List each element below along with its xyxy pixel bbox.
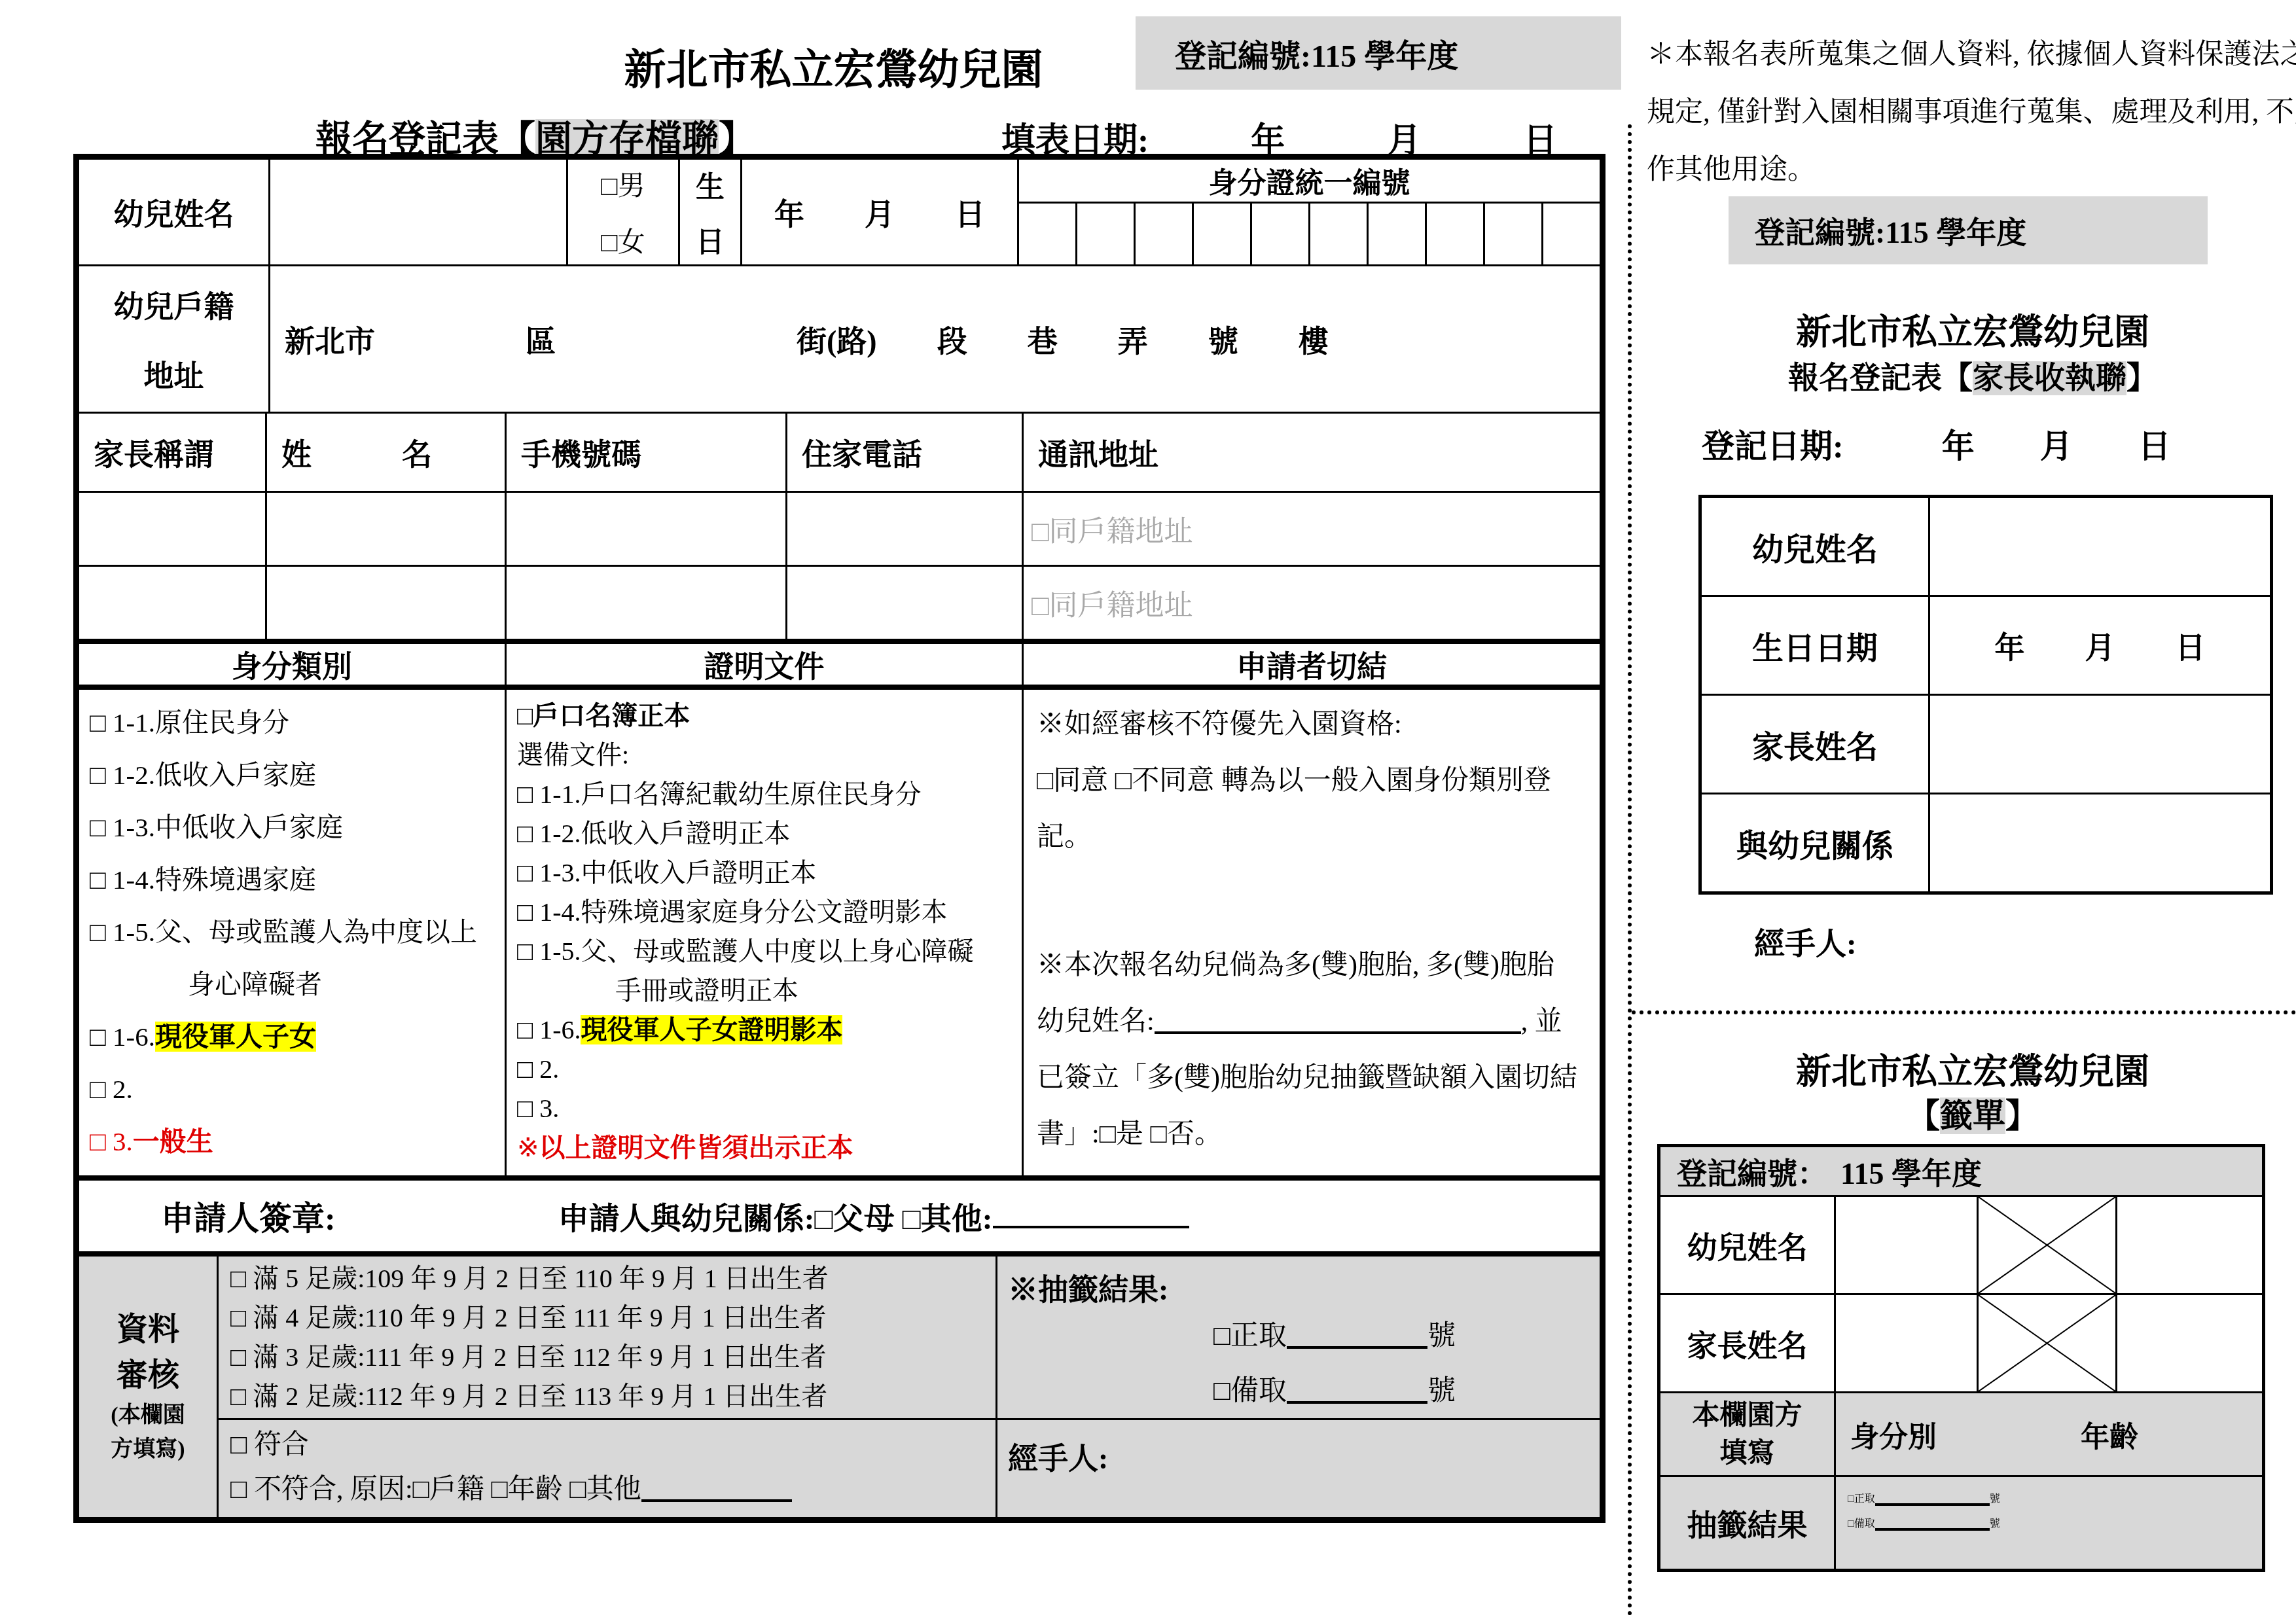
receipt-row-relation: 與幼兒關係 — [1702, 794, 2270, 891]
checkbox[interactable]: □ 1-4. — [517, 897, 581, 927]
blank-underline[interactable] — [1287, 1324, 1427, 1349]
horizontal-cut-line — [1632, 1010, 2296, 1014]
form-line[interactable]: □ 1-5.父、母或監護人中度以上身心障礙 — [517, 932, 1022, 971]
form-line[interactable]: □ 1-5.父、母或監護人為中度以上 — [90, 906, 505, 958]
spacer — [1037, 865, 1600, 937]
gender-cell[interactable]: □男 □女 — [568, 160, 680, 264]
mobile-header-label: 手機號碼 — [521, 431, 641, 474]
blank-underline[interactable] — [1287, 1379, 1427, 1404]
applicant-relation-line[interactable]: 申請人與幼兒關係:□父母 □其他: — [558, 1194, 993, 1238]
form-line[interactable]: □ 滿 4 足歲:110 年 9 月 2 日至 111 年 9 月 1 日出生者 — [230, 1298, 996, 1338]
receipt-row-child: 幼兒姓名 — [1702, 498, 2270, 597]
id-digit-box[interactable] — [1427, 204, 1485, 264]
child-name-input-cell[interactable] — [270, 160, 568, 264]
birthday-ymd-cell[interactable]: 年 月 日 — [742, 160, 1019, 264]
eligibility-checklist: □ 符合□ 不符合, 原因:□戶籍 □年齡 □其他 — [219, 1420, 996, 1517]
documents-header-cell: 證明文件 — [507, 644, 1024, 685]
receipt-row-birth: 生日日期 年 月 日 — [1702, 597, 2270, 696]
form-line[interactable]: □ 滿 2 足歲:112 年 9 月 2 日至 113 年 9 月 1 日出生者 — [230, 1377, 996, 1416]
registration-number-box: 登記編號:115 學年度 — [1136, 16, 1621, 90]
same-address-checkbox-1[interactable]: □同戶籍地址 — [1031, 508, 1193, 550]
contact-address-header-cell: 通訊地址 — [1024, 414, 1600, 491]
receipt-copy-tag: 家長收執聯 — [1973, 361, 2126, 395]
id-digit-box[interactable] — [1485, 204, 1543, 264]
item-suffix: 號 — [1427, 1321, 1456, 1351]
slip-parent-extra-cell — [2117, 1295, 2262, 1391]
receipt-subtitle: 報名登記表【家長收執聯】 — [1649, 353, 2296, 397]
handler-label[interactable]: 經手人: — [997, 1420, 1600, 1478]
slip-school-label-1: 本欄園方 — [1692, 1397, 1802, 1435]
form-line[interactable]: □ 1-1.戶口名簿紀載幼生原住民身分 — [517, 775, 1022, 814]
form-line: ※本次報名幼兒倘為多(雙)胞胎, 多(雙)胞胎 — [1037, 937, 1600, 993]
checkbox[interactable]: □ 1-6. — [90, 1022, 155, 1052]
review-label-cell: 資料 審核 (本欄園 方填寫) — [79, 1257, 219, 1517]
parent-row-2: □同戶籍地址 — [79, 567, 1600, 644]
address-row: 幼兒戶籍 地址 新北市 區 街(路) 段 巷 弄 號 樓 — [79, 266, 1600, 414]
form-line[interactable]: □ 1-6.現役軍人子女證明影本 — [517, 1010, 1022, 1050]
form-line[interactable]: □備取號 — [997, 1364, 1600, 1419]
slip-parent-value-cell[interactable] — [1836, 1295, 1979, 1391]
slip-lottery-options: □正取號□備取號 — [1836, 1477, 2262, 1569]
form-line[interactable]: □ 滿 3 足歲:111 年 9 月 2 日至 112 年 9 月 1 日出生者 — [230, 1338, 996, 1377]
slip-identity-age-cell[interactable]: 身分別 年齡 — [1836, 1393, 2262, 1475]
receipt-subtitle-suffix: 】 — [2126, 361, 2157, 395]
address-label-cell: 幼兒戶籍 地址 — [79, 266, 270, 412]
receipt-parent-value[interactable] — [1930, 696, 2270, 793]
age-checklist: □ 滿 5 足歲:109 年 9 月 2 日至 110 年 9 月 1 日出生者… — [219, 1257, 996, 1420]
registration-form-page: 新北市私立宏鶯幼兒園 登記編號:115 學年度 報名登記表【園方存檔聯】 填表日… — [0, 0, 2296, 1623]
form-line[interactable]: □ 3. — [517, 1089, 1022, 1128]
item-label: 不符合, 原因:□戶籍 □年齡 □其他 — [254, 1474, 641, 1505]
slip-tag-prefix: 【 — [1907, 1097, 1940, 1134]
main-registration-table: 幼兒姓名 □男 □女 生 日 年 月 日 身分證統一編號 幼兒戶籍 — [73, 154, 1605, 1523]
privacy-note-line-1: ＊本報名表所蒐集之個人資料, 依據個人資料保護法之 — [1647, 26, 2296, 84]
slip-parent-crossed-cell — [1979, 1295, 2117, 1391]
checkbox[interactable]: □ 1-1. — [90, 707, 155, 738]
item-label: 戶口名簿紀載幼生原住民身分 — [581, 779, 921, 809]
item-label: 符合 — [254, 1430, 309, 1460]
form-line[interactable]: □ 1-1.原住民身分 — [90, 696, 505, 749]
cross-out-icon — [1979, 1197, 2115, 1293]
item-label: 一般生 — [133, 1126, 213, 1156]
item-label: 中低收入戶家庭 — [155, 812, 343, 842]
identity-header-cell: 身分類別 — [79, 644, 507, 685]
checkbox[interactable]: □正取 — [1213, 1321, 1287, 1351]
form-line: ※以上證明文件皆須出示正本 — [517, 1128, 1022, 1168]
receipt-registration-number-box: 登記編號:115 學年度 — [1729, 196, 2208, 264]
form-line[interactable]: □戶口名簿正本 — [517, 696, 1022, 736]
form-line: 已簽立「多(雙)胞胎幼兒抽籤暨缺額入園切結 — [1037, 1050, 1600, 1106]
parent2-title-cell[interactable] — [79, 567, 267, 639]
receipt-child-label: 幼兒姓名 — [1702, 498, 1930, 595]
parent-header-row: 家長稱謂 姓 名 手機號碼 住家電話 通訊地址 — [79, 414, 1600, 493]
checkbox[interactable]: □ 1-2. — [517, 819, 581, 848]
id-number-header: 身分證統一編號 — [1019, 160, 1600, 204]
checkbox[interactable]: □ 1-5. — [517, 936, 581, 966]
receipt-relation-label: 與幼兒關係 — [1702, 794, 1930, 891]
item-label: 滿 3 足歲:111 年 9 月 2 日至 112 年 9 月 1 日出生者 — [253, 1342, 827, 1372]
item-label: 手冊或證明正本 — [615, 976, 798, 1005]
vertical-cut-line — [1628, 124, 1632, 1616]
id-digit-box[interactable] — [1369, 204, 1427, 264]
slip-lottery-label: 抽籤結果 — [1687, 1501, 1808, 1544]
checkbox[interactable]: □ 1-4. — [90, 865, 155, 895]
checkbox[interactable]: □ — [230, 1474, 254, 1505]
review-section: 資料 審核 (本欄園 方填寫) □ 滿 5 足歲:109 年 9 月 2 日至 … — [79, 1257, 1600, 1517]
review-label-1: 資料 — [117, 1307, 179, 1353]
id-digit-box[interactable] — [1310, 204, 1369, 264]
section-header-row: 身分類別 證明文件 申請者切結 — [79, 644, 1600, 690]
documents-header: 證明文件 — [704, 643, 825, 686]
slip-identity-age-label: 身分別 年齡 — [1850, 1414, 2138, 1455]
slip-tag-suffix: 】 — [2005, 1097, 2038, 1134]
item-label: 如經審核不符優先入園資格: — [1064, 709, 1402, 740]
review-right-cell: ※抽籤結果: □正取號□備取號 經手人: — [997, 1257, 1600, 1517]
checkbox[interactable]: □ — [230, 1382, 253, 1411]
item-label: 特殊境遇家庭 — [155, 865, 316, 895]
item-prefix: ※ — [1037, 950, 1064, 980]
item-label: 選備文件: — [517, 740, 629, 770]
lottery-result-block: ※抽籤結果: □正取號□備取號 — [997, 1257, 1600, 1420]
review-middle-cell: □ 滿 5 足歲:109 年 9 月 2 日至 110 年 9 月 1 日出生者… — [219, 1257, 997, 1517]
contact-address-header-label: 通訊地址 — [1038, 431, 1158, 474]
privacy-note: ＊本報名表所蒐集之個人資料, 依據個人資料保護法之 規定, 僅針對入園相關事項進… — [1647, 26, 2296, 199]
birthday-label-1: 生 — [696, 164, 725, 205]
form-line[interactable]: □ 1-3.中低收入戶家庭 — [90, 801, 505, 853]
checkbox[interactable]: □ 1-3. — [90, 812, 155, 842]
parent2-name-cell[interactable] — [267, 567, 507, 639]
address-template: 新北市 區 街(路) 段 巷 弄 號 樓 — [285, 317, 1329, 361]
form-line[interactable]: □備取號 — [1848, 1506, 2262, 1531]
checkbox[interactable]: □ 1-3. — [517, 858, 581, 887]
parent1-homephone-cell[interactable] — [787, 493, 1024, 565]
slip-tag-text: 籤單 — [1940, 1097, 2005, 1134]
name-header-label: 姓 名 — [281, 431, 432, 474]
slip-school-row: 本欄園方 填寫 身分別 年齡 — [1660, 1393, 2262, 1477]
slip-lottery-row: 抽籤結果 □正取號□備取號 — [1660, 1477, 2262, 1569]
form-line: 身心障礙者 — [90, 958, 505, 1010]
slip-child-extra-cell — [2117, 1197, 2262, 1293]
item-suffix: , 並 — [1521, 1007, 1562, 1037]
slip-school-label-cell: 本欄園方 填寫 — [1660, 1393, 1836, 1475]
checklist-row: □ 1-1.原住民身分□ 1-2.低收入戶家庭□ 1-3.中低收入戶家庭□ 1-… — [79, 690, 1600, 1181]
checkbox[interactable]: □ — [230, 1342, 253, 1372]
checkbox[interactable]: □ — [230, 1430, 254, 1460]
checkbox[interactable]: □備取 — [1848, 1518, 1875, 1529]
id-digit-box[interactable] — [1543, 204, 1600, 264]
privacy-note-line-3: 作其他用途。 — [1647, 141, 2296, 199]
lottery-result-options: □正取號□備取號 — [997, 1309, 1600, 1419]
same-address-checkbox-2[interactable]: □同戶籍地址 — [1031, 582, 1193, 624]
item-label: 特殊境遇家庭身分公文證明影本 — [581, 897, 947, 927]
receipt-birth-value[interactable]: 年 月 日 — [1930, 597, 2270, 694]
item-label: 記。 — [1037, 822, 1092, 852]
form-line: 幼兒姓名:, 並 — [1037, 993, 1600, 1050]
parent1-title-cell[interactable] — [79, 493, 267, 565]
slip-school-label-2: 填寫 — [1719, 1435, 1774, 1472]
form-line[interactable]: □ 1-4.特殊境遇家庭 — [90, 853, 505, 906]
slip-table: 登記編號： 115 學年度 幼兒姓名 家長姓名 — [1657, 1144, 2265, 1572]
item-label: 幼兒姓名: — [1037, 1007, 1155, 1037]
form-line[interactable]: 書」:□是 □否。 — [1037, 1106, 1600, 1162]
parent2-mobile-cell[interactable] — [507, 567, 787, 639]
id-number-boxes — [1019, 204, 1600, 264]
slip-child-row: 幼兒姓名 — [1660, 1197, 2262, 1295]
parent-title-cell: 家長稱謂 — [79, 414, 267, 491]
mobile-header-cell: 手機號碼 — [507, 414, 787, 491]
id-digit-box[interactable] — [1194, 204, 1252, 264]
slip-title: 新北市私立宏鶯幼兒園 — [1649, 1044, 2296, 1094]
item-label: 滿 2 足歲:112 年 9 月 2 日至 113 年 9 月 1 日出生者 — [253, 1382, 827, 1411]
parent2-homephone-cell[interactable] — [787, 567, 1024, 639]
review-label-2: 審核 — [117, 1353, 179, 1399]
homephone-header-label: 住家電話 — [802, 431, 922, 474]
privacy-note-line-2: 規定, 僅針對入園相關事項進行蒐集、處理及利用, 不另 — [1647, 84, 2296, 141]
form-line[interactable]: □ 1-2.低收入戶證明正本 — [517, 814, 1022, 853]
item-label: 原住民身分 — [155, 707, 289, 738]
item-label: 身心障礙者 — [188, 969, 322, 999]
receipt-handler-label[interactable]: 經手人: — [1754, 919, 1857, 963]
address-label-1: 幼兒戶籍 — [114, 283, 234, 326]
form-line: ※如經審核不符優先入園資格: — [1037, 696, 1600, 753]
address-label-2: 地址 — [144, 352, 204, 395]
item-label: 已簽立「多(雙)胞胎幼兒抽籤暨缺額入園切結 — [1037, 1063, 1577, 1093]
receipt-table: 幼兒姓名 生日日期 年 月 日 家長姓名 與幼兒關係 — [1698, 495, 2273, 895]
item-label: 以上證明文件皆須出示正本 — [539, 1133, 853, 1162]
applicant-signature-label[interactable]: 申請人簽章: — [161, 1192, 336, 1240]
documents-checklist: □戶口名簿正本選備文件:□ 1-1.戶口名簿紀載幼生原住民身分□ 1-2.低收入… — [507, 690, 1024, 1175]
form-line[interactable]: □正取號 — [1848, 1481, 2262, 1506]
parent1-name-cell[interactable] — [267, 493, 507, 565]
item-label: 書」:□是 □否。 — [1037, 1119, 1222, 1149]
name-header-cell: 姓 名 — [267, 414, 507, 491]
slip-reg-label: 登記編號： — [1677, 1150, 1827, 1193]
parent1-mobile-cell[interactable] — [507, 493, 787, 565]
receipt-relation-value[interactable] — [1930, 794, 2270, 891]
birthday-label-cell: 生 日 — [680, 160, 742, 264]
id-digit-box[interactable] — [1077, 204, 1136, 264]
form-line[interactable]: □ 1-2.低收入戶家庭 — [90, 749, 505, 801]
id-digit-box[interactable] — [1019, 204, 1077, 264]
checkbox[interactable]: □ — [230, 1303, 253, 1332]
relation-other-blank[interactable] — [993, 1204, 1189, 1228]
blank-underline[interactable] — [641, 1477, 792, 1502]
item-label: 低收入戶家庭 — [155, 760, 316, 790]
review-label-3: (本欄園 — [111, 1399, 185, 1433]
item-label: 戶口名簿正本 — [533, 701, 690, 730]
id-digit-box[interactable] — [1136, 204, 1194, 264]
id-number-cell: 身分證統一編號 — [1019, 160, 1600, 264]
registration-number: 登記編號:115 學年度 — [1175, 31, 1458, 76]
form-line: 選備文件: — [517, 736, 1022, 775]
gender-female-checkbox[interactable]: □女 — [601, 221, 645, 260]
item-label: □同意 □不同意 轉為以一般入園身份類別登 — [1037, 766, 1551, 796]
checkbox[interactable]: □ — [517, 701, 533, 730]
receipt-registration-number: 登記編號:115 學年度 — [1755, 209, 2026, 252]
form-line: 手冊或證明正本 — [517, 971, 1022, 1010]
item-label: 滿 5 足歲:109 年 9 月 2 日至 110 年 9 月 1 日出生者 — [253, 1264, 829, 1293]
checkbox[interactable]: □ 2. — [90, 1074, 133, 1104]
slip-child-value-cell[interactable] — [1836, 1197, 1979, 1293]
child-name-label-cell: 幼兒姓名 — [79, 160, 270, 264]
checkbox[interactable]: □ 3. — [90, 1126, 133, 1156]
handler-block: 經手人: — [997, 1420, 1600, 1517]
item-prefix: ※ — [517, 1133, 539, 1162]
parent-title-label: 家長稱謂 — [94, 431, 214, 474]
receipt-date-line[interactable]: 登記日期: 年 月 日 — [1702, 420, 2171, 467]
checkbox[interactable]: □ 1-2. — [90, 760, 155, 790]
checkbox[interactable]: □ 1-5. — [90, 917, 155, 947]
slip-reg-row: 登記編號： 115 學年度 — [1660, 1147, 2262, 1197]
receipt-child-value[interactable] — [1930, 498, 2270, 595]
item-label: 父、母或監護人為中度以上 — [155, 917, 477, 947]
receipt-parent-label: 家長姓名 — [1702, 696, 1930, 793]
checkbox[interactable]: □備取 — [1213, 1376, 1287, 1406]
item-label: 滿 4 足歲:110 年 9 月 2 日至 111 年 9 月 1 日出生者 — [253, 1303, 827, 1332]
item-suffix: 號 — [1990, 1493, 2000, 1505]
slip-reg-value: 115 學年度 — [1840, 1150, 1982, 1193]
identity-checklist: □ 1-1.原住民身分□ 1-2.低收入戶家庭□ 1-3.中低收入戶家庭□ 1-… — [79, 690, 507, 1175]
checkbox[interactable]: □ 1-1. — [517, 779, 581, 809]
form-line[interactable]: □ 符合 — [230, 1423, 996, 1467]
form-line: 記。 — [1037, 809, 1600, 865]
item-prefix: ※ — [1037, 709, 1064, 740]
form-line[interactable]: □ 1-6.現役軍人子女 — [90, 1010, 505, 1063]
slip-tag: 【籤單】 — [1649, 1090, 2296, 1137]
slip-parent-label-cell: 家長姓名 — [1660, 1295, 1836, 1391]
parent1-contact-cell[interactable]: □同戶籍地址 — [1024, 493, 1600, 565]
form-line[interactable]: □正取號 — [997, 1309, 1600, 1364]
birthday-label-2: 日 — [696, 219, 725, 260]
slip-parent-row: 家長姓名 — [1660, 1295, 2262, 1393]
form-line[interactable]: □ 滿 5 足歲:109 年 9 月 2 日至 110 年 9 月 1 日出生者 — [230, 1259, 996, 1298]
item-suffix: 號 — [1427, 1376, 1456, 1406]
receipt-row-parent: 家長姓名 — [1702, 696, 2270, 794]
slip-child-label-cell: 幼兒姓名 — [1660, 1197, 1836, 1293]
item-label: 本次報名幼兒倘為多(雙)胞胎, 多(雙)胞胎 — [1064, 950, 1554, 980]
slip-child-label: 幼兒姓名 — [1687, 1224, 1808, 1267]
homephone-header-cell: 住家電話 — [787, 414, 1024, 491]
id-digit-box[interactable] — [1252, 204, 1310, 264]
item-label: 現役軍人子女 — [155, 1022, 316, 1052]
checkbox[interactable]: □ 2. — [517, 1054, 559, 1084]
slip-child-crossed-cell — [1979, 1197, 2117, 1293]
item-label: 中低收入戶證明正本 — [581, 858, 816, 887]
form-line[interactable]: □ 2. — [517, 1050, 1022, 1089]
gender-male-checkbox[interactable]: □男 — [601, 164, 645, 204]
parent-row-1: □同戶籍地址 — [79, 493, 1600, 567]
pledge-text: ※如經審核不符優先入園資格:□同意 □不同意 轉為以一般入園身份類別登記。※本次… — [1024, 690, 1600, 1175]
receipt-birth-label: 生日日期 — [1702, 597, 1930, 694]
signature-row: 申請人簽章: 申請人與幼兒關係:□父母 □其他: — [79, 1181, 1600, 1257]
form-line[interactable]: □ 3.一般生 — [90, 1115, 505, 1168]
form-line[interactable]: □ 1-3.中低收入戶證明正本 — [517, 853, 1022, 893]
receipt-title: 新北市私立宏鶯幼兒園 — [1649, 304, 2296, 355]
checkbox[interactable]: □ 1-6. — [517, 1015, 581, 1044]
cross-out-icon — [1979, 1295, 2115, 1391]
form-line[interactable]: □ 2. — [90, 1063, 505, 1115]
checkbox[interactable]: □正取 — [1848, 1493, 1875, 1505]
address-input-cell[interactable]: 新北市 區 街(路) 段 巷 弄 號 樓 — [270, 266, 1600, 412]
slip-parent-label: 家長姓名 — [1687, 1322, 1808, 1365]
child-row: 幼兒姓名 □男 □女 生 日 年 月 日 身分證統一編號 — [79, 160, 1600, 266]
pledge-header-cell: 申請者切結 — [1024, 644, 1600, 685]
birthday-ymd: 年 月 日 — [774, 190, 985, 234]
form-line[interactable]: □ 不符合, 原因:□戶籍 □年齡 □其他 — [230, 1467, 996, 1512]
child-name-label: 幼兒姓名 — [114, 190, 234, 234]
checkbox[interactable]: □ 3. — [517, 1094, 559, 1123]
parent2-contact-cell[interactable]: □同戶籍地址 — [1024, 567, 1600, 639]
item-label: 現役軍人子女證明影本 — [581, 1015, 842, 1044]
lottery-result-title: ※抽籤結果: — [997, 1257, 1600, 1309]
receipt-subtitle-prefix: 報名登記表【 — [1788, 361, 1973, 395]
identity-header: 身分類別 — [232, 643, 352, 686]
blank-underline[interactable] — [1875, 1481, 1990, 1506]
form-line[interactable]: □同意 □不同意 轉為以一般入園身份類別登 — [1037, 753, 1600, 809]
checkbox[interactable]: □ — [230, 1264, 253, 1293]
blank-underline[interactable] — [1875, 1506, 1990, 1531]
item-suffix: 號 — [1990, 1518, 2000, 1529]
item-label: 低收入戶證明正本 — [581, 819, 790, 848]
slip-lottery-label-cell: 抽籤結果 — [1660, 1477, 1836, 1569]
item-label: 父、母或監護人中度以上身心障礙 — [581, 936, 973, 966]
review-label-4: 方填寫) — [111, 1433, 185, 1467]
form-line[interactable]: □ 1-4.特殊境遇家庭身分公文證明影本 — [517, 893, 1022, 932]
pledge-header: 申請者切結 — [1236, 643, 1387, 686]
blank-underline[interactable] — [1155, 1009, 1521, 1034]
